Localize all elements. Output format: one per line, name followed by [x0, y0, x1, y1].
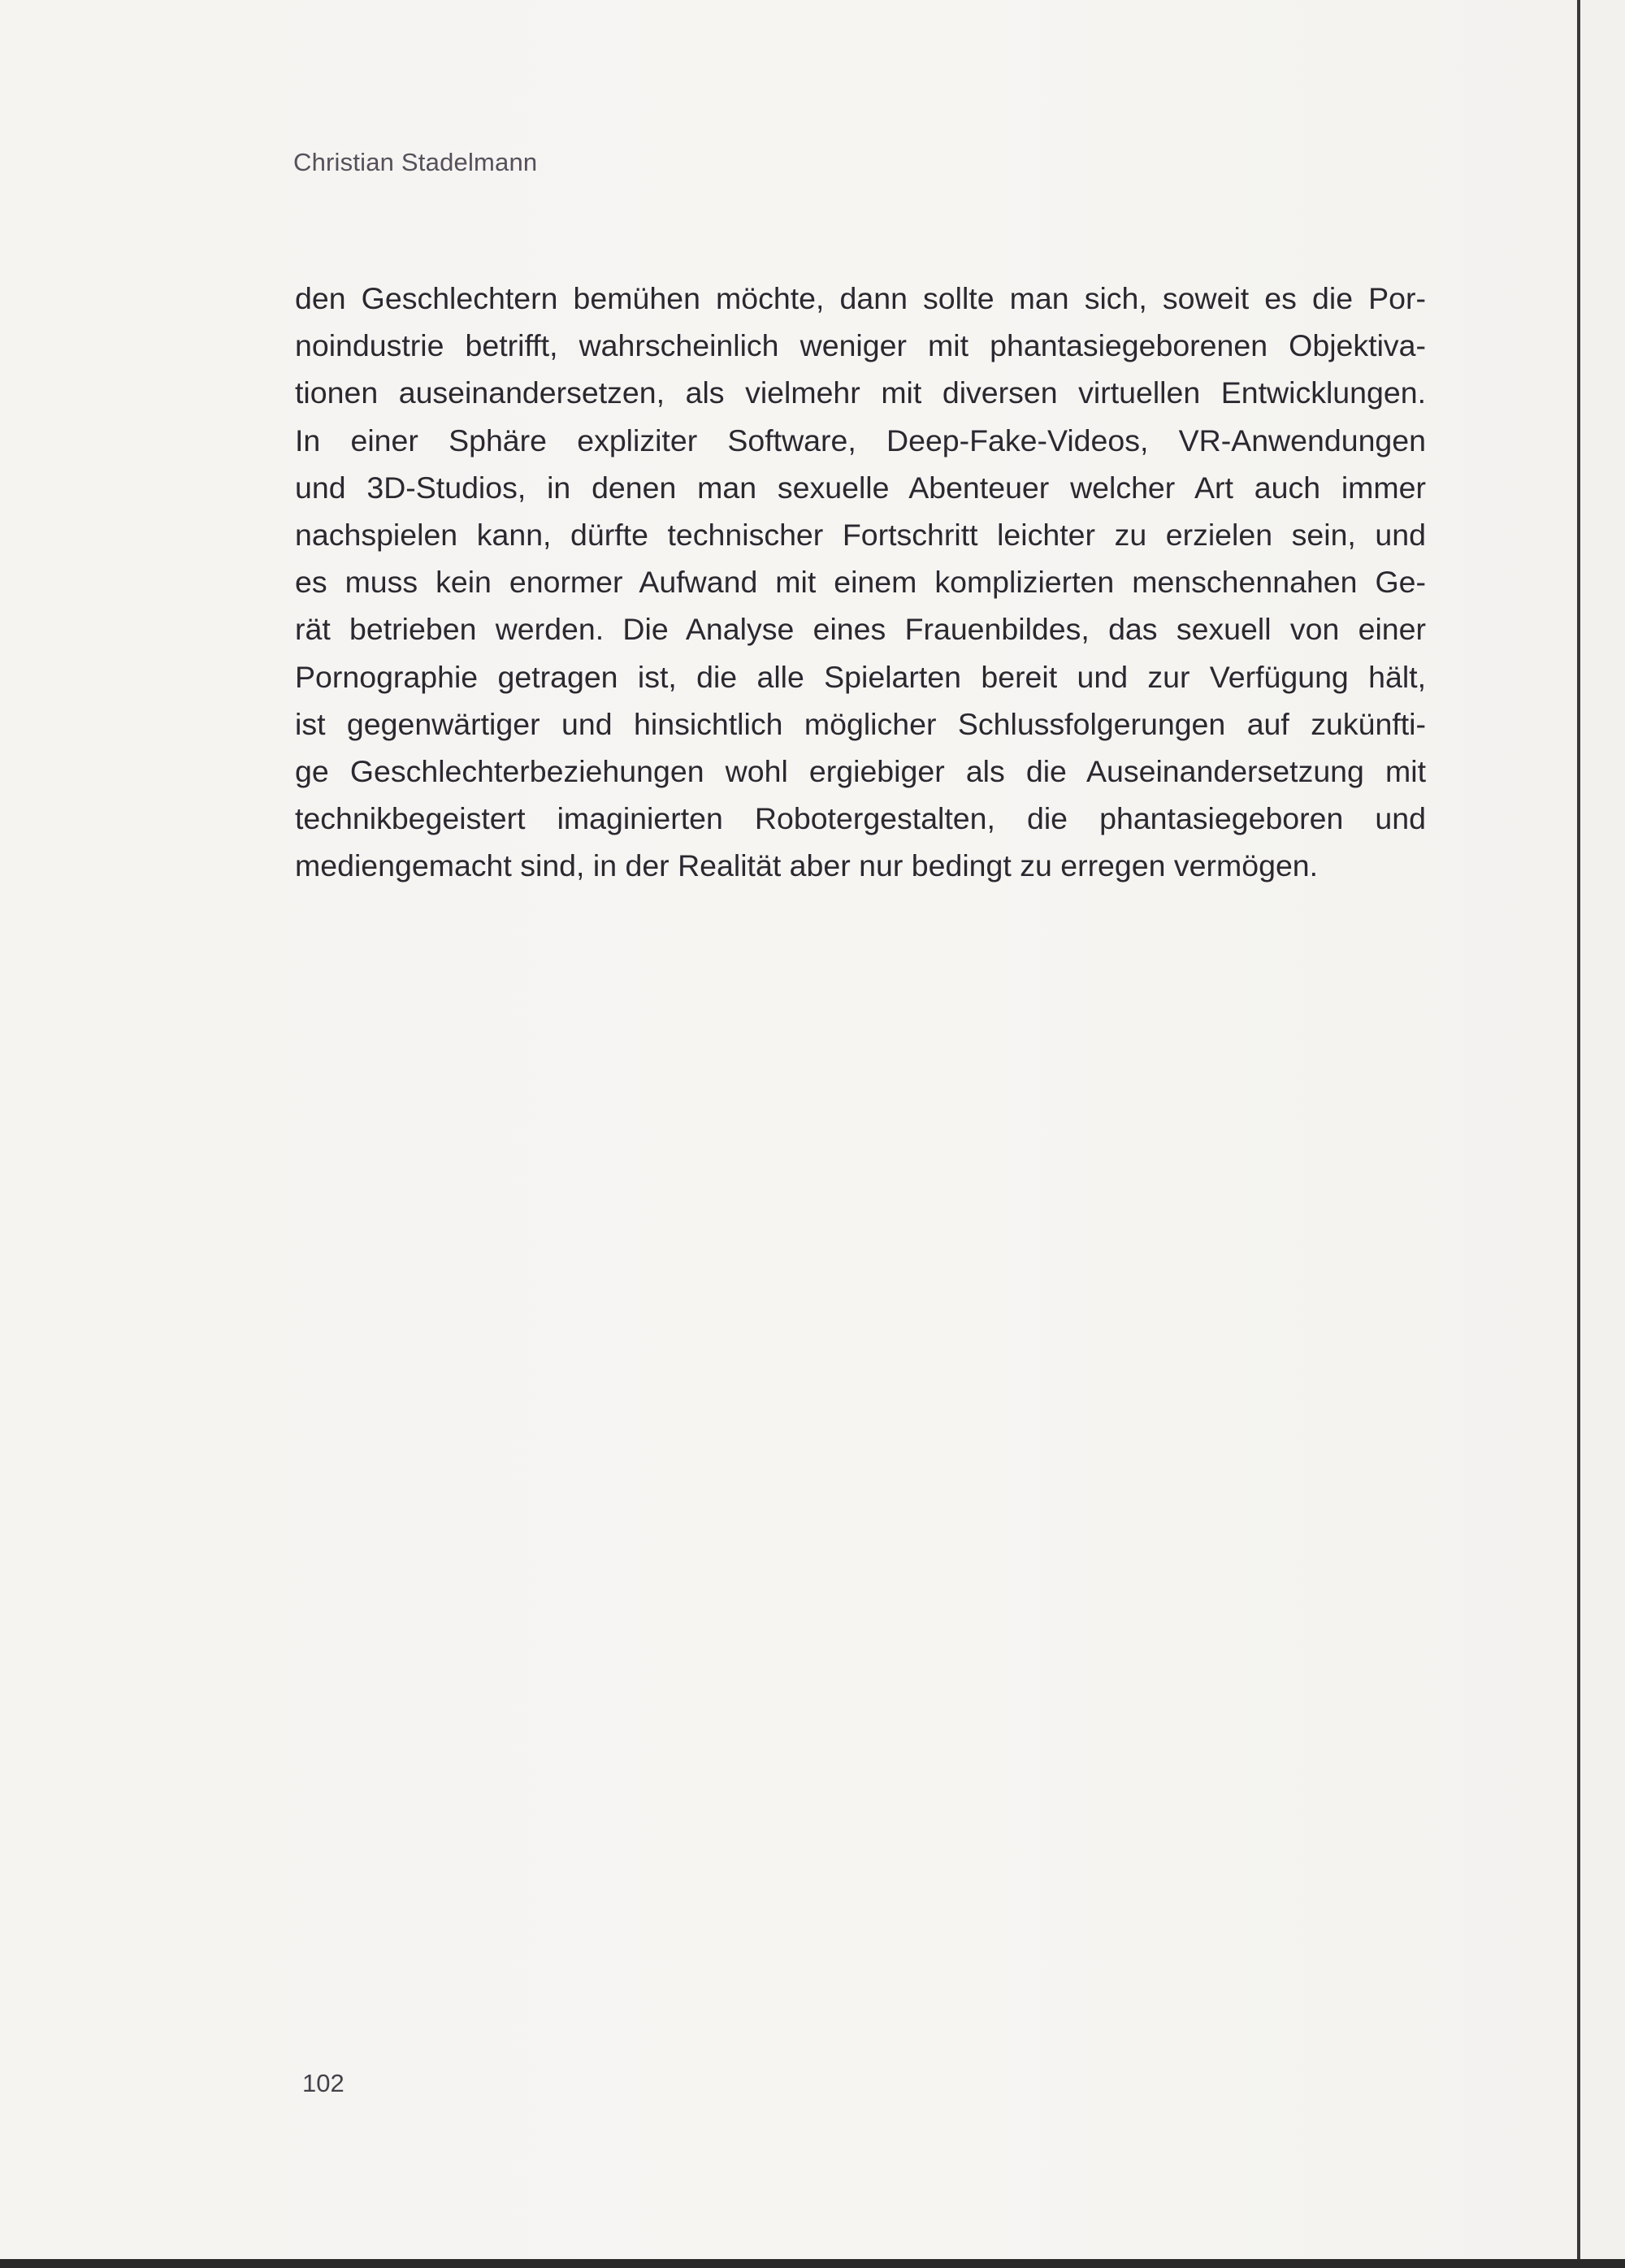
text-line: noindustrie betrifft, wahrscheinlich wen… — [295, 322, 1426, 369]
text-line-last: mediengemacht sind, in der Realität aber… — [295, 842, 1426, 889]
text-line: Pornographie getragen ist, die alle Spie… — [295, 653, 1426, 700]
text-line: den Geschlechtern bemühen möchte, dann s… — [295, 275, 1426, 322]
text-line: und 3D-Studios, in denen man sexuelle Ab… — [295, 464, 1426, 511]
text-line: In einer Sphäre expliziter Software, Dee… — [295, 417, 1426, 464]
scan-bottom-border — [0, 2259, 1625, 2268]
text-line: nachspielen kann, dürfte technischer For… — [295, 511, 1426, 558]
text-line: technikbegeistert imaginierten Roboterge… — [295, 795, 1426, 842]
text-line: ist gegenwärtiger und hinsichtlich mögli… — [295, 700, 1426, 748]
running-head-author: Christian Stadelmann — [293, 148, 537, 177]
page-number: 102 — [302, 2069, 344, 2098]
text-line: es muss kein enormer Aufwand mit einem k… — [295, 558, 1426, 605]
text-line: tionen auseinandersetzen, als vielmehr m… — [295, 369, 1426, 416]
text-line: ge Geschlechterbeziehungen wohl ergiebig… — [295, 748, 1426, 795]
adjacent-page-edge — [1580, 0, 1625, 2259]
text-line: rät betrieben werden. Die Analyse eines … — [295, 605, 1426, 653]
book-page: Christian Stadelmann den Geschlechtern b… — [0, 0, 1578, 2259]
body-paragraph: den Geschlechtern bemühen möchte, dann s… — [295, 275, 1426, 890]
